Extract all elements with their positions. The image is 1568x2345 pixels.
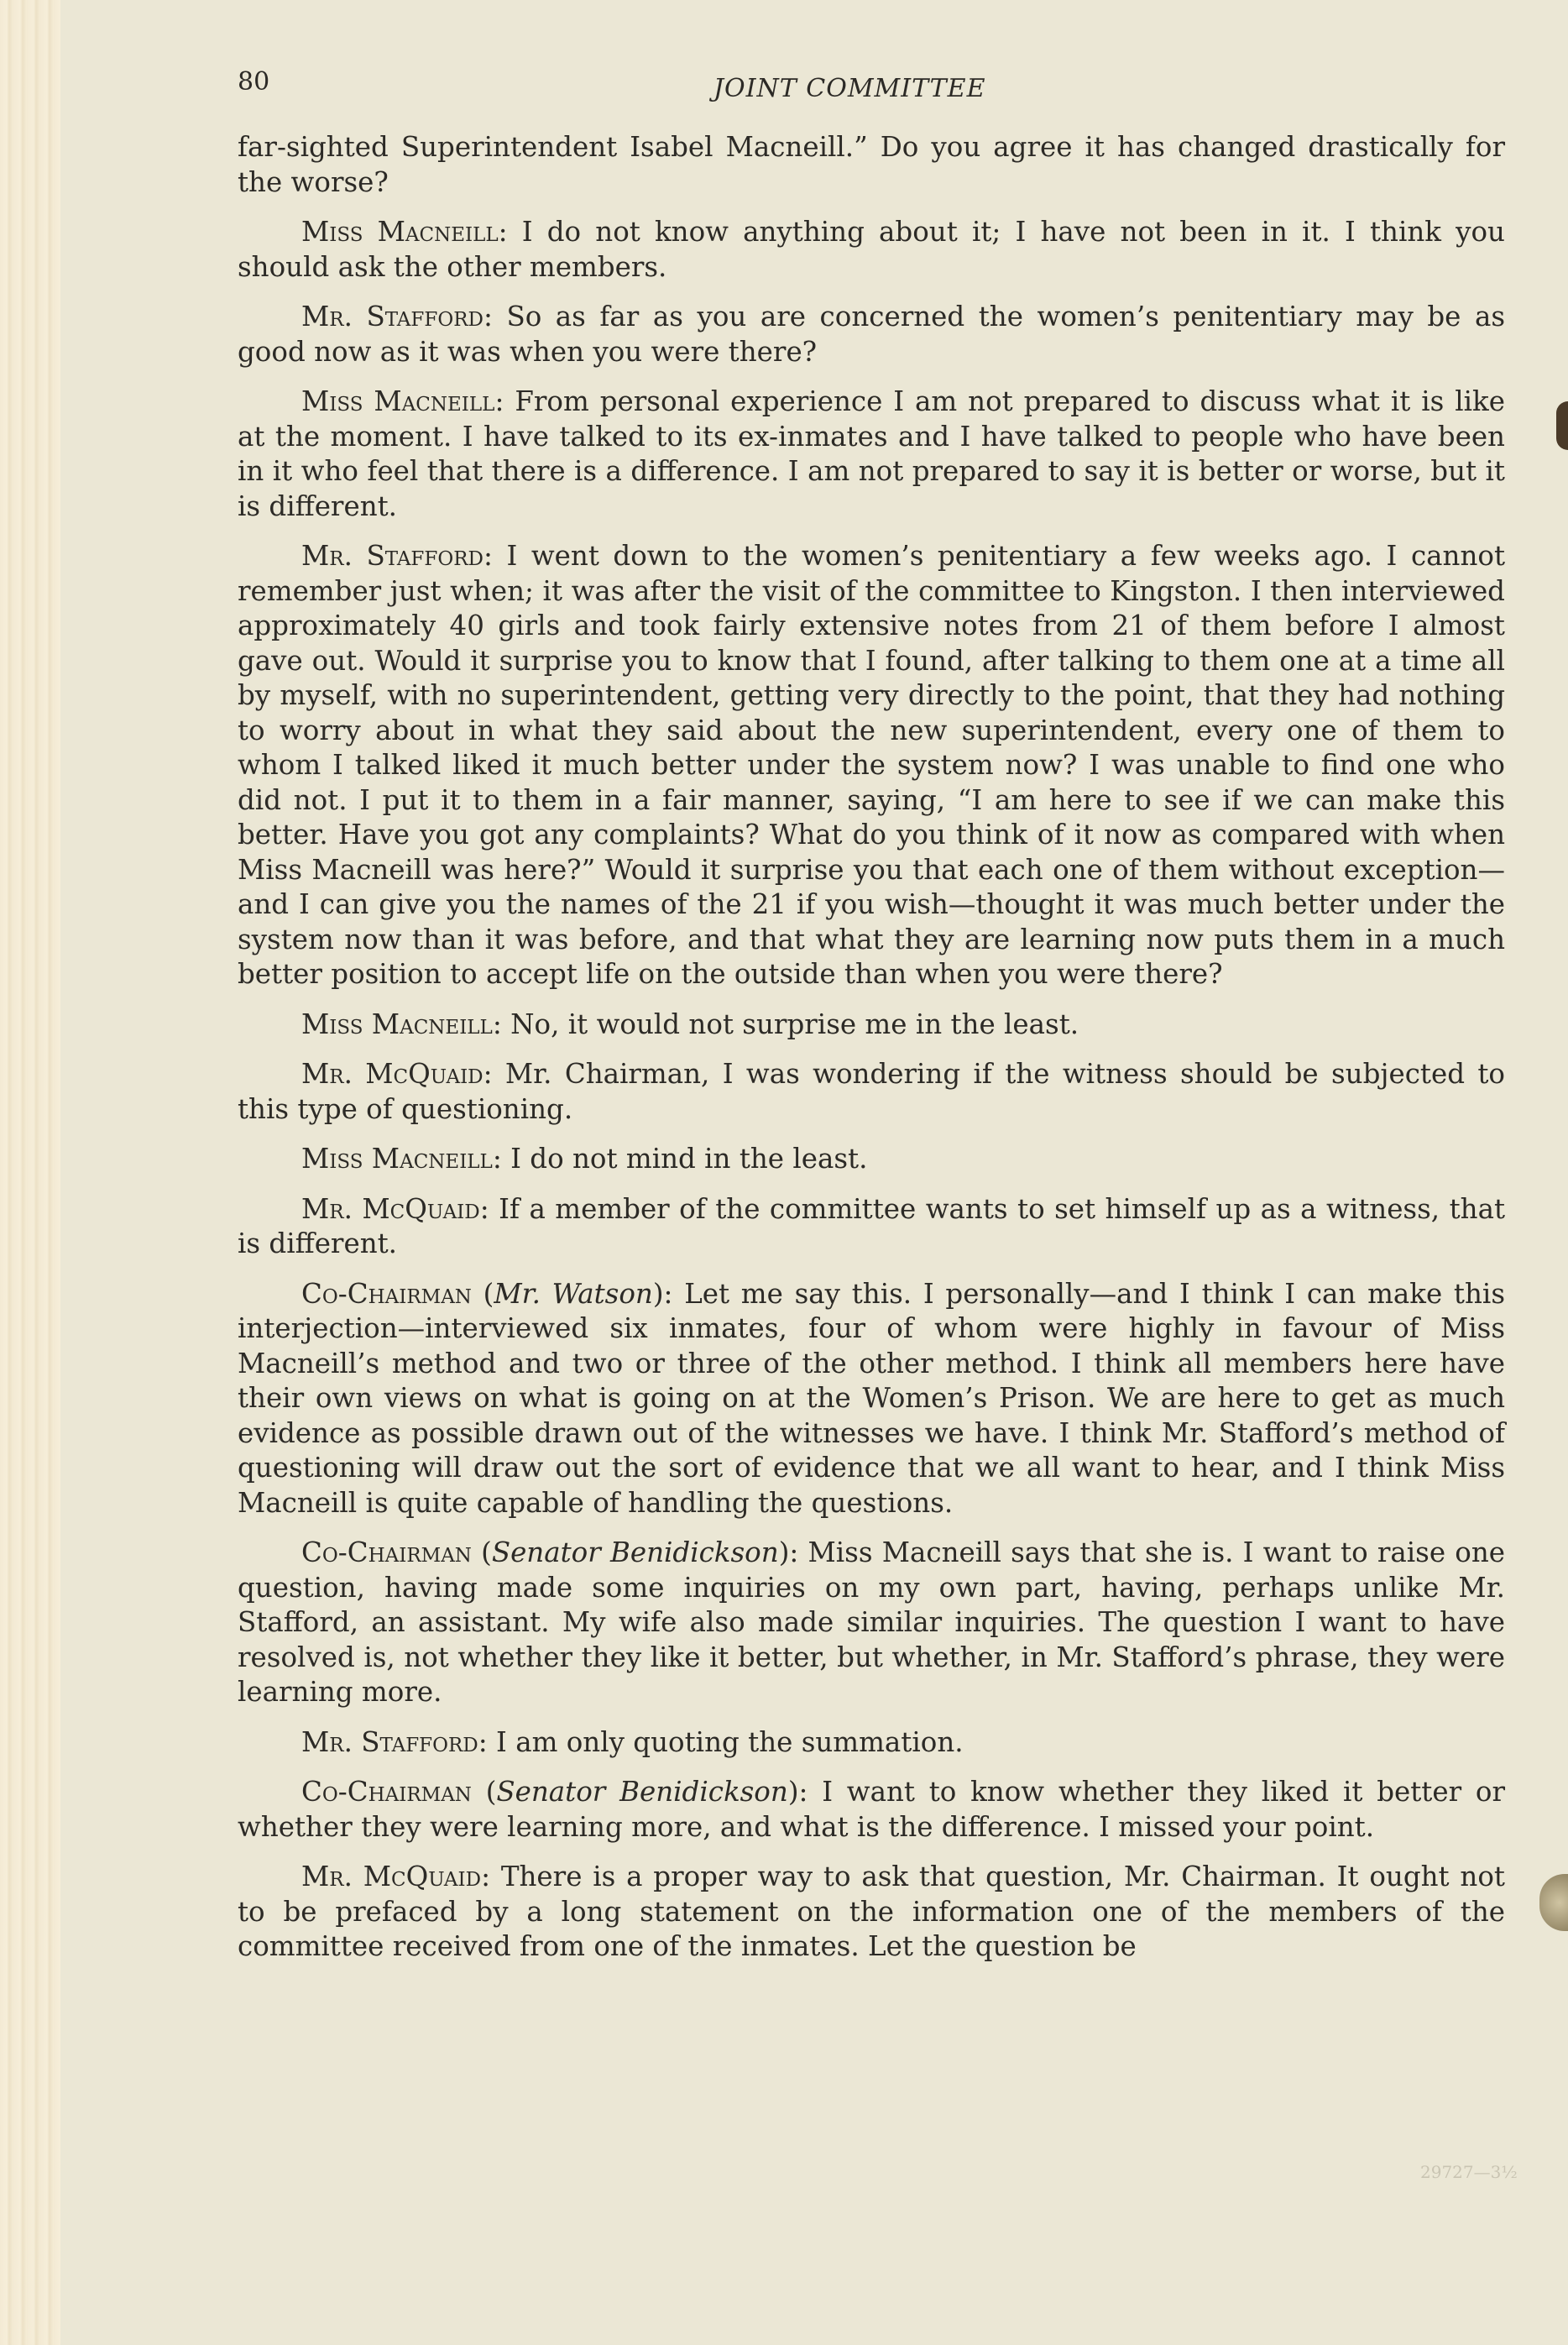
speaker-name: Mr. Stafford [301,1726,478,1758]
paragraph: Miss Macneill: I do not mind in the leas… [238,1142,1505,1177]
transcript-body: far-sighted Superintendent Isabel Macnei… [238,130,1505,1980]
page-header: 80 JOINT COMMITTEE [238,67,1505,109]
speaker-name: Mr. McQuaid [301,1058,483,1090]
speaker-name: Co-Chairman [301,1776,472,1808]
speaker-name: Mr. Stafford [301,301,483,332]
speaker-name: Miss Macneill [301,1143,493,1175]
paragraph: Miss Macneill: I do not know anything ab… [238,215,1505,285]
speaker-name: Miss Macneill [301,385,494,417]
paragraph: Mr. McQuaid: There is a proper way to as… [238,1860,1505,1965]
paragraph: Co-Chairman (Senator Benidickson): I wan… [238,1775,1505,1845]
signature-mark: 29727—3½ [1420,2162,1518,2182]
speech-text: : No, it would not surprise me in the le… [493,1008,1079,1040]
speaker-name: Mr. Stafford [301,540,483,572]
speaker-role: Senator Benidickson [492,1536,779,1568]
paragraph: far-sighted Superintendent Isabel Macnei… [238,130,1505,200]
running-title: JOINT COMMITTEE [713,74,985,103]
speaker-name: Miss Macneill [301,216,499,248]
paragraph: Mr. McQuaid: If a member of the committe… [238,1192,1505,1262]
speaker-name: Co-Chairman [301,1278,472,1310]
book-page-edges [0,0,60,2345]
speaker-name: Mr. McQuaid [301,1861,481,1892]
paragraph: Co-Chairman (Senator Benidickson): Miss … [238,1536,1505,1710]
paragraph: Miss Macneill: No, it would not surprise… [238,1008,1505,1043]
paragraph: Miss Macneill: From personal experience … [238,385,1505,524]
speaker-name: Mr. McQuaid [301,1193,480,1225]
speaker-role: Senator Benidickson [496,1776,787,1808]
speech-text: : Let me say this. I personally—and I th… [238,1278,1505,1519]
speech-text: : I do not mind in the least. [493,1143,868,1175]
paragraph: Co-Chairman (Mr. Watson): Let me say thi… [238,1277,1505,1521]
speaker-name: Miss Macneill [301,1008,493,1040]
paragraph: Mr. Stafford: I am only quoting the summ… [238,1725,1505,1761]
speaker-role: Mr. Watson [494,1278,653,1310]
page-number: 80 [238,67,269,97]
binding-hole-icon [1556,401,1568,450]
paragraph: Mr. McQuaid: Mr. Chairman, I was wonderi… [238,1057,1505,1127]
speaker-name: Co-Chairman [301,1536,472,1568]
speech-text: : I went down to the women’s penitentiar… [238,540,1505,990]
paragraph: Mr. Stafford: I went down to the women’s… [238,539,1505,992]
speech-text: : I am only quoting the summation. [478,1726,964,1758]
paragraph: Mr. Stafford: So as far as you are conce… [238,300,1505,369]
